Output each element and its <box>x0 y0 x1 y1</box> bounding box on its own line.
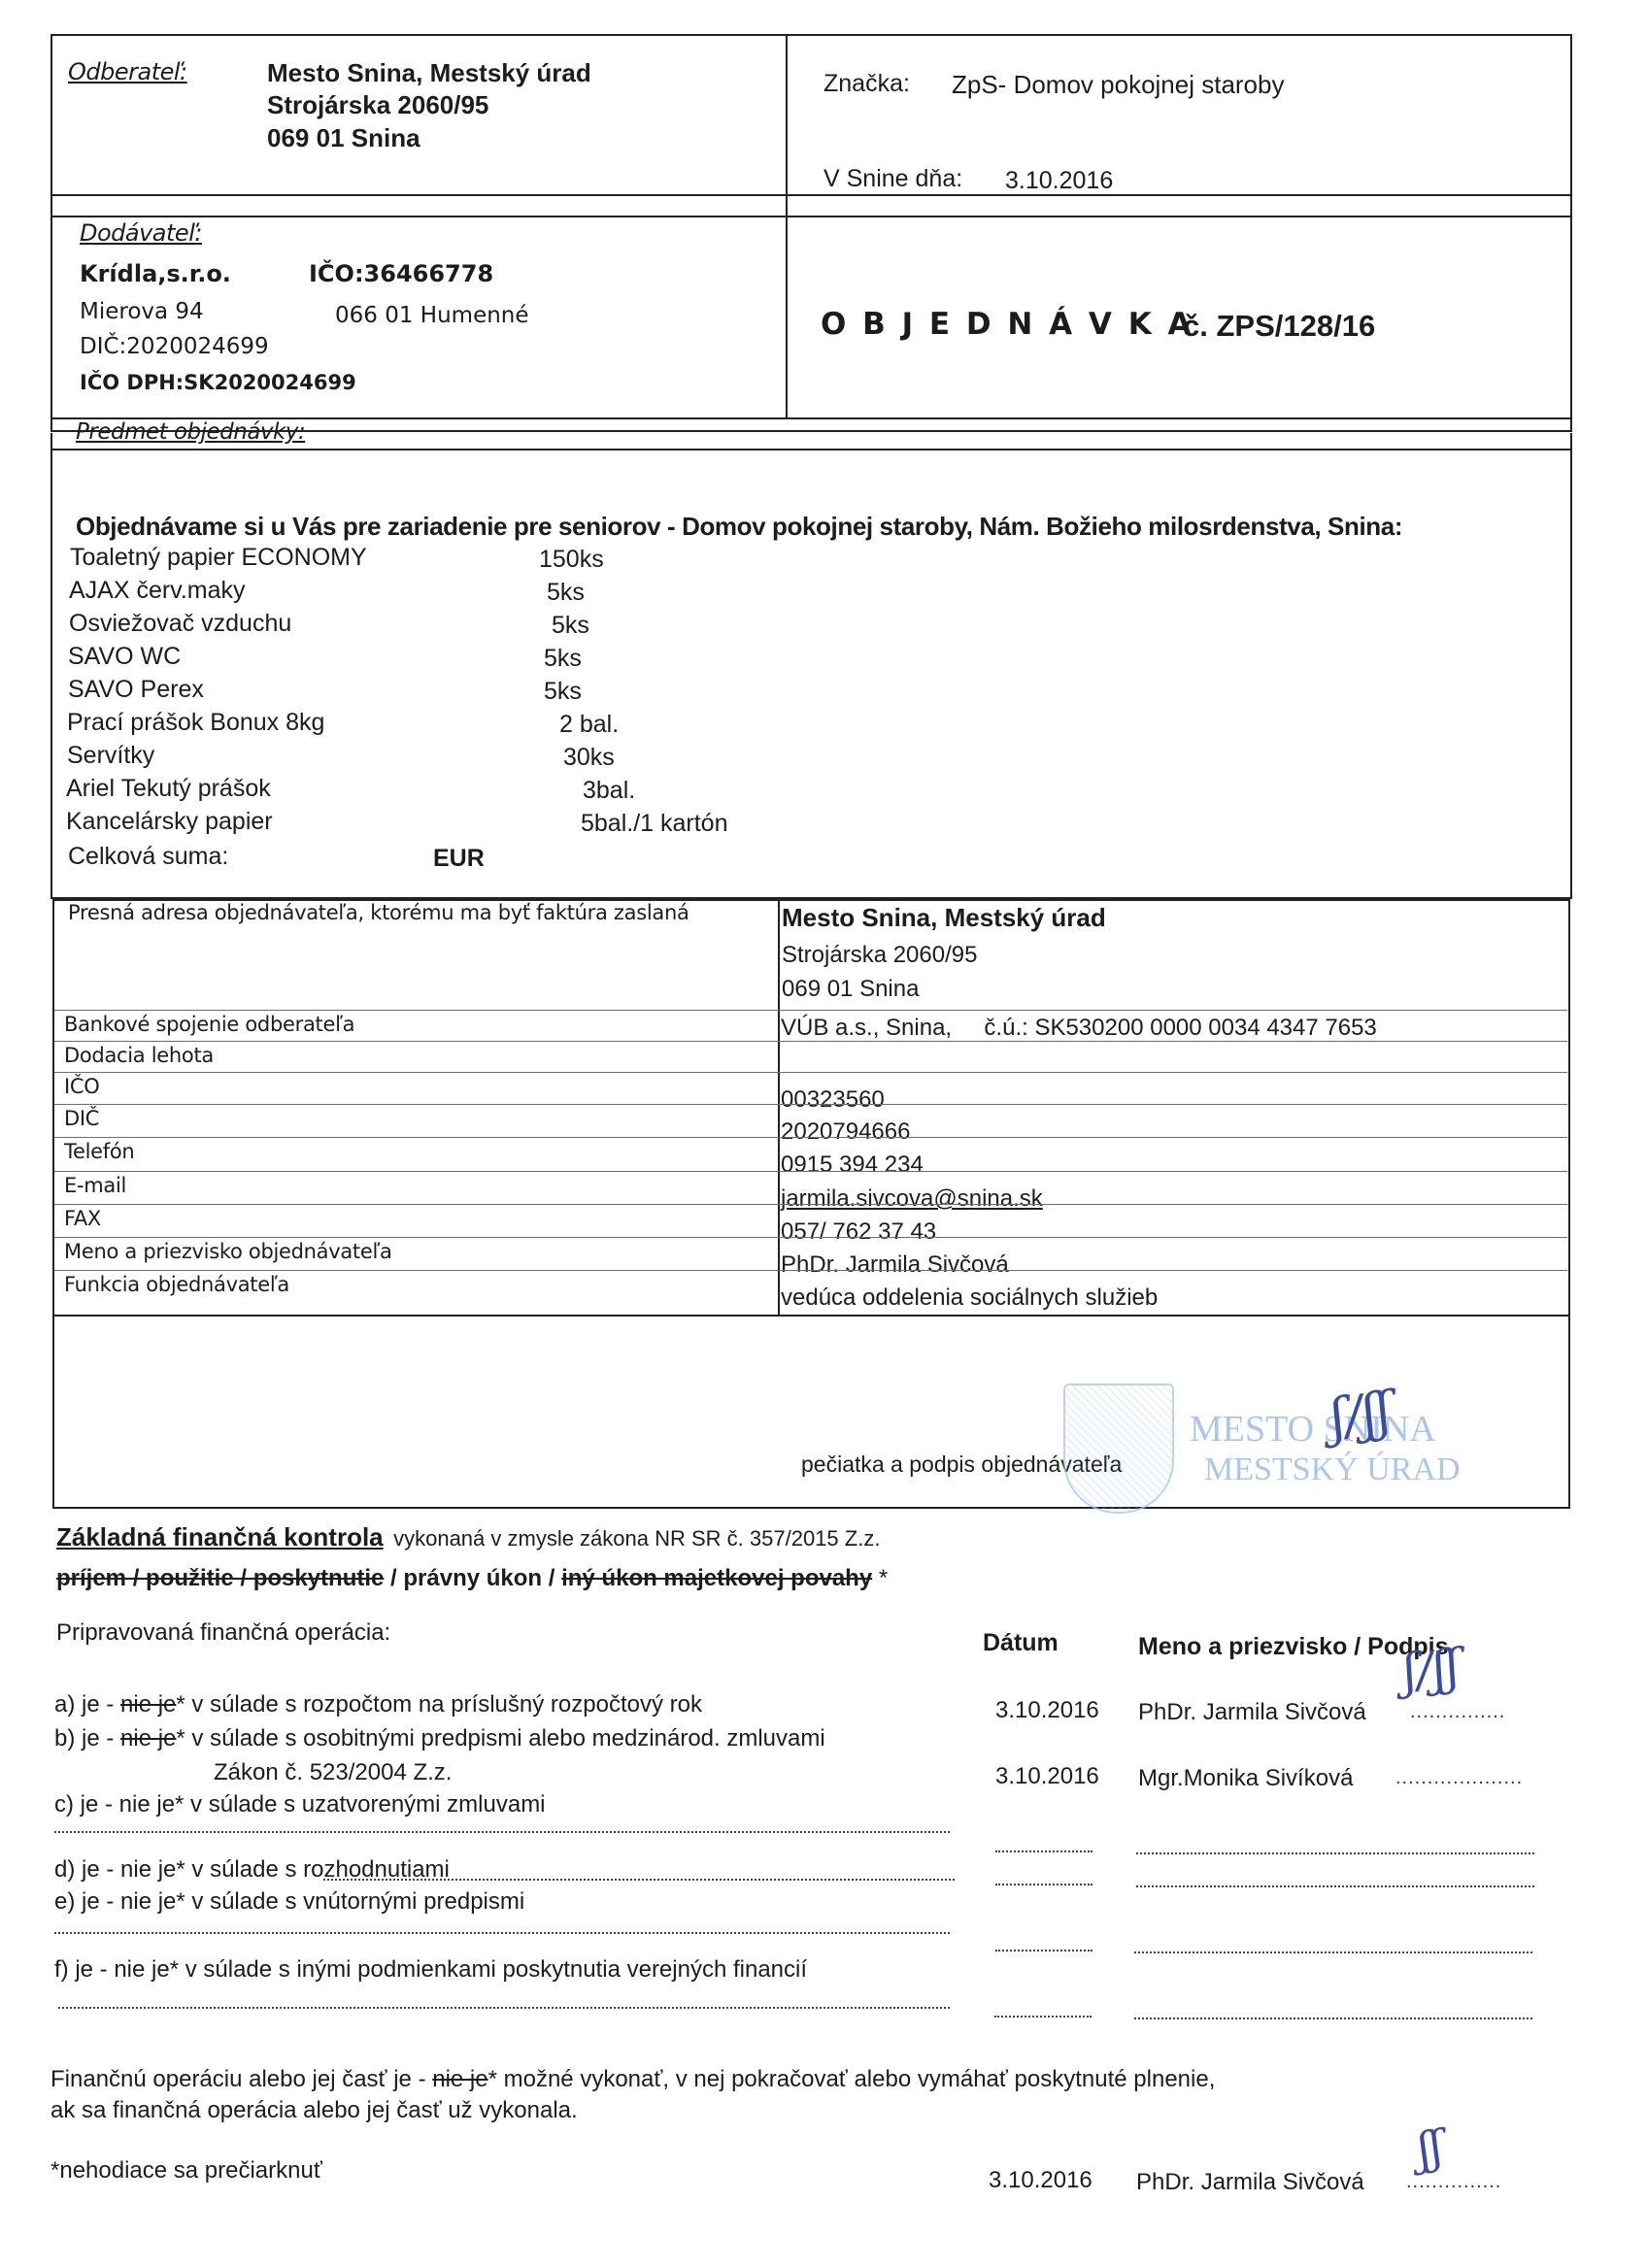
sign-dots-1: ............... <box>1410 1701 1505 1723</box>
sign-name-1: PhDr. Jarmila Sivčová <box>1138 1699 1366 1726</box>
order-item-name: Servítky <box>67 742 154 770</box>
final-dots: ............... <box>1406 2171 1501 2193</box>
final-date: 3.10.2016 <box>989 2167 1092 2194</box>
control-heading: Základná finančná kontrola vykonaná v zm… <box>56 1522 880 1552</box>
znacka-value: ZpS- Domov pokojnej staroby <box>952 70 1284 100</box>
dotted-name-c <box>1136 1852 1534 1854</box>
signature-icon: ʃ/ʃʃ <box>1400 1638 1462 1700</box>
order-item-qty: 5ks <box>544 645 582 673</box>
subject-intro: Objednávame si u Vás pre zariadenie pre … <box>76 512 1402 542</box>
detail-value: 0915 394 234 <box>781 1151 924 1179</box>
signature-icon: ʃ/ʃʃ <box>1327 1380 1395 1449</box>
detail-label: Telefón <box>64 1140 134 1163</box>
detail-label: DIČ <box>64 1107 99 1130</box>
detail-label: Funkcia objednávateľa <box>64 1273 289 1296</box>
details-bottom <box>52 1315 1570 1317</box>
odberatel-name: Mesto Snina, Mestský úrad <box>267 58 591 88</box>
order-title: O B J E D N Á V K A <box>821 307 1194 342</box>
row-divider <box>54 1104 1567 1105</box>
row-divider <box>54 1072 1567 1073</box>
row-divider <box>54 1171 1567 1172</box>
address-label: Presná adresa objednávateľa, ktorému ma … <box>68 901 689 924</box>
order-item-name: SAVO WC <box>68 643 181 671</box>
dotted-line-d <box>323 1879 955 1881</box>
date-value: 3.10.2016 <box>1005 167 1113 195</box>
dodavatel-label: Dodávateľ: <box>80 219 202 247</box>
order-item-name: SAVO Perex <box>68 676 204 704</box>
control-type-struck: príjem / použitie / poskytnutie <box>56 1565 384 1591</box>
check-a: a) je - nie je* v súlade s rozpočtom na … <box>54 1691 702 1718</box>
address-street: Strojárska 2060/95 <box>782 942 977 969</box>
control-title: Základná finančná kontrola <box>56 1522 384 1551</box>
dotted-name-f <box>1134 2018 1532 2019</box>
row-divider <box>54 1237 1567 1238</box>
control-type-kept: / právny úkon / <box>384 1565 561 1591</box>
order-item-qty: 30ks <box>563 744 615 772</box>
row-divider <box>54 1137 1567 1138</box>
detail-label: E-mail <box>64 1174 126 1197</box>
row-divider <box>50 194 1572 196</box>
detail-label: Dodacia lehota <box>64 1044 214 1067</box>
odberatel-label: Odberateľ: <box>68 58 187 85</box>
order-item-name: Osviežovač vzduchu <box>69 610 291 638</box>
dotted-date-f <box>994 2016 1092 2018</box>
total-currency: EUR <box>433 845 485 873</box>
order-item-name: Ariel Tekutý prášok <box>66 775 271 803</box>
address-name: Mesto Snina, Mestský úrad <box>782 903 1106 933</box>
order-item-qty: 2 bal. <box>559 711 619 739</box>
subject-frame <box>50 433 1572 899</box>
detail-value: 00323560 <box>781 1086 885 1114</box>
order-item-qty: 5ks <box>547 579 585 607</box>
dotted-name-d <box>1136 1885 1534 1887</box>
check-f: f) je - nie je* v súlade s inými podmien… <box>54 1956 807 1984</box>
supplier-dic: DIČ:2020024699 <box>80 334 269 359</box>
dotted-date-d <box>995 1884 1092 1885</box>
order-item-name: Toaletný papier ECONOMY <box>70 544 367 572</box>
dotted-date-c <box>995 1851 1092 1852</box>
sign-dots-2: .................... <box>1395 1767 1523 1789</box>
detail-label: IČO <box>64 1075 100 1098</box>
supplier-name: Krídla,s.r.o. <box>80 260 231 287</box>
detail-value: PhDr. Jarmila Sivčová <box>781 1251 1009 1279</box>
signature-icon: ʃʃ <box>1414 2119 1447 2176</box>
order-item-qty: 5ks <box>552 612 589 640</box>
dotted-date-e <box>995 1950 1092 1951</box>
detail-value: VÚB a.s., Snina, č.ú.: SK530200 0000 003… <box>781 1015 1377 1042</box>
odberatel-street: Strojárska 2060/95 <box>267 90 488 120</box>
stamp-text-2: MESTSKÝ ÚRAD <box>1204 1451 1461 1488</box>
check-b-sub: Zákon č. 523/2004 Z.z. <box>214 1759 452 1786</box>
check-e: e) je - nie je* v súlade s vnútornými pr… <box>54 1888 524 1916</box>
control-type: príjem / použitie / poskytnutie / právny… <box>56 1565 888 1592</box>
order-item-name: Kancelársky papier <box>66 808 273 836</box>
supplier-ico: IČO:36466778 <box>309 260 493 287</box>
supplier-city: 066 01 Humenné <box>335 303 529 328</box>
order-item-name: AJAX červ.maky <box>69 577 246 605</box>
control-title-rest: vykonaná v zmysle zákona NR SR č. 357/20… <box>393 1526 880 1551</box>
date-label: V Snine dňa: <box>823 165 962 193</box>
col-date: Dátum <box>983 1629 1059 1657</box>
dotted-line-e <box>54 1932 950 1934</box>
details-divider <box>778 899 780 1317</box>
stamp-shield-icon <box>1063 1384 1174 1514</box>
dotted-line-f <box>58 2007 950 2009</box>
odberatel-city: 069 01 Snina <box>267 123 420 153</box>
detail-label: Meno a priezvisko objednávateľa <box>64 1240 392 1263</box>
znacka-label: Značka: <box>823 70 910 98</box>
detail-value: 2020794666 <box>781 1118 910 1146</box>
detail-value: 057/ 762 37 43 <box>781 1218 936 1246</box>
row-divider <box>50 216 1572 217</box>
order-item-name: Prací prášok Bonux 8kg <box>67 709 324 737</box>
order-item-qty: 5bal./1 kartón <box>581 810 728 838</box>
check-c: c) je - nie je* v súlade s uzatvorenými … <box>54 1791 546 1818</box>
row-divider <box>50 449 1572 450</box>
dotted-line-c <box>54 1831 950 1833</box>
sign-name-2: Mgr.Monika Sivíková <box>1138 1765 1353 1792</box>
conclusion-line-1: Finančnú operáciu alebo jej časť je - ni… <box>50 2066 1215 2093</box>
detail-label: Bankové spojenie odberateľa <box>64 1013 354 1036</box>
supplier-ico-dph: IČO DPH:SK2020024699 <box>80 371 356 394</box>
detail-label: FAX <box>64 1207 101 1230</box>
subject-label: Predmet objednávky: <box>76 419 305 445</box>
final-name: PhDr. Jarmila Sivčová <box>1136 2169 1364 2196</box>
row-divider <box>54 1010 1567 1011</box>
sign-date-2: 3.10.2016 <box>995 1763 1099 1790</box>
control-type-struck-2: iný úkon majetkovej povahy <box>561 1565 872 1591</box>
order-item-qty: 3bal. <box>583 777 635 805</box>
detail-value: vedúca oddelenia sociálnych služieb <box>781 1284 1158 1312</box>
prepared-label: Pripravovaná finančná operácia: <box>56 1619 390 1647</box>
conclusion-line-2: ak sa finančná operácia alebo jej časť u… <box>50 2097 578 2124</box>
control-type-star: * <box>872 1565 888 1591</box>
row-divider <box>54 1204 1567 1205</box>
address-city: 069 01 Snina <box>782 976 919 1003</box>
order-item-qty: 5ks <box>544 678 582 706</box>
row-divider <box>54 1270 1567 1271</box>
supplier-street: Mierova 94 <box>80 299 204 324</box>
dotted-name-e <box>1134 1951 1532 1953</box>
footnote: *nehodiace sa prečiarknuť <box>50 2157 322 2185</box>
row-divider <box>54 1041 1567 1042</box>
order-number: č. ZPS/128/16 <box>1183 309 1375 344</box>
check-b: b) je - nie je* v súlade s osobitnými pr… <box>54 1725 825 1752</box>
total-label: Celková suma: <box>68 843 228 871</box>
email-link[interactable]: jarmila.sivcova@snina.sk <box>781 1185 1043 1213</box>
sign-date-1: 3.10.2016 <box>995 1697 1099 1724</box>
header-divider <box>786 34 788 417</box>
order-item-qty: 150ks <box>539 546 604 574</box>
stamp-text-1: MESTO SNINA <box>1190 1408 1436 1451</box>
